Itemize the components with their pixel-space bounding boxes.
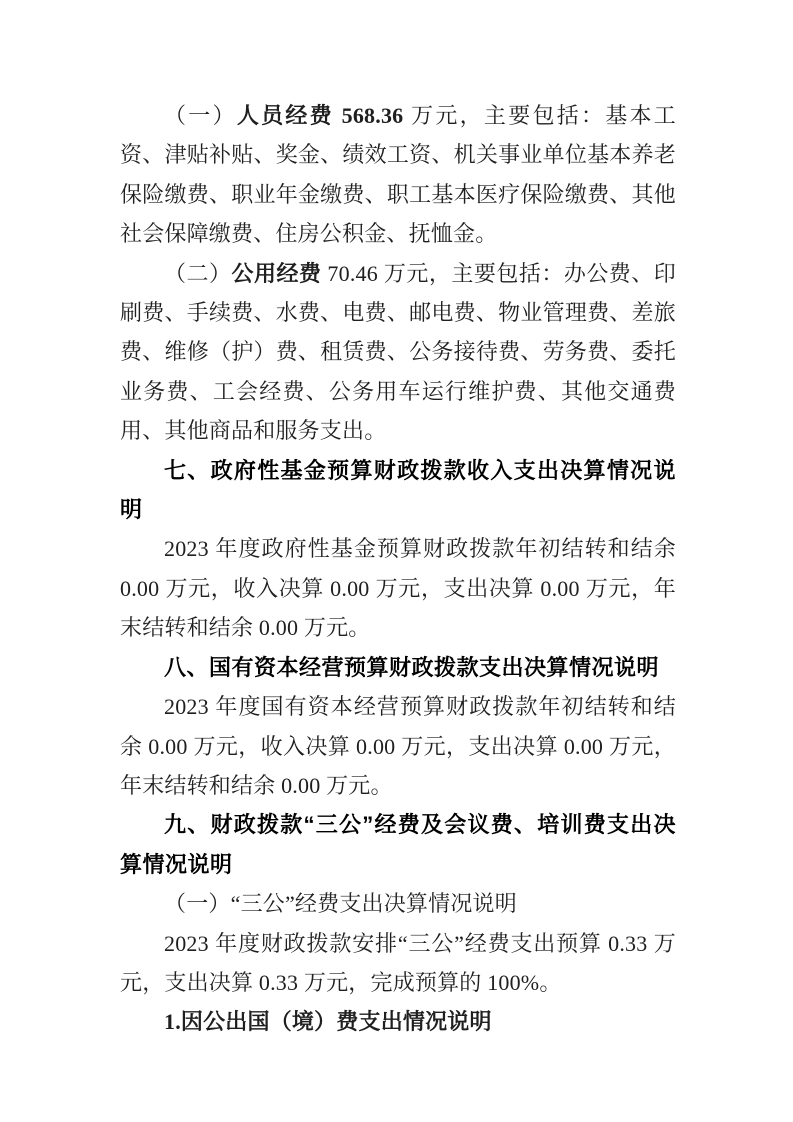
heading-section-eight: 八、国有资本经营预算财政拨款支出决算情况说明 — [120, 648, 676, 687]
para-sangong-detail: 2023 年度财政拨款安排“三公”经费支出预算 0.33 万元，支出决算 0.3… — [120, 924, 676, 1003]
para-sangong-subheading: （一）“三公”经费支出决算情况说明 — [120, 884, 676, 923]
para-public-expense: （二）公用经费 70.46 万元，主要包括：办公费、印刷费、手续费、水费、电费、… — [120, 254, 676, 451]
document-content: （一）人员经费 568.36 万元，主要包括：基本工资、津贴补贴、奖金、绩效工资… — [120, 96, 676, 1042]
text-run: 2023 年度财政拨款安排“三公”经费支出预算 0.33 万元，支出决算 0.3… — [120, 931, 676, 995]
heading-section-nine: 九、财政拨款“三公”经费及会议费、培训费支出决算情况说明 — [120, 805, 676, 884]
document-page: （一）人员经费 568.36 万元，主要包括：基本工资、津贴补贴、奖金、绩效工资… — [0, 0, 793, 1122]
text-run: 70.46 万元，主要包括：办公费、印刷费、手续费、水费、电费、邮电费、物业管理… — [120, 261, 676, 444]
text-run: （一）“三公”经费支出决算情况说明 — [164, 891, 517, 916]
heading-section-seven: 七、政府性基金预算财政拨款收入支出决算情况说明 — [120, 451, 676, 530]
text-run: 2023 年度政府性基金预算财政拨款年初结转和结余 0.00 万元，收入决算 0… — [120, 536, 682, 640]
para-abroad-subheading: 1.因公出国（境）费支出情况说明 — [120, 1002, 676, 1041]
text-run: 七、政府性基金预算财政拨款收入支出决算情况说明 — [120, 458, 676, 522]
text-run: 九、财政拨款“三公”经费及会议费、培训费支出决算情况说明 — [120, 812, 676, 876]
text-run: 八、国有资本经营预算财政拨款支出决算情况说明 — [164, 655, 659, 680]
text-run: （二） — [164, 261, 231, 286]
text-run: 1.因公出国（境）费支出情况说明 — [164, 1009, 492, 1034]
text-run: （一） — [164, 103, 237, 128]
text-run: 人员经费 568.36 — [237, 103, 404, 128]
para-section-eight-detail: 2023 年度国有资本经营预算财政拨款年初结转和结余 0.00 万元，收入决算 … — [120, 687, 676, 805]
para-section-seven-detail: 2023 年度政府性基金预算财政拨款年初结转和结余 0.00 万元，收入决算 0… — [120, 529, 676, 647]
text-run: 2023 年度国有资本经营预算财政拨款年初结转和结余 0.00 万元，收入决算 … — [120, 694, 676, 798]
para-personnel-expense: （一）人员经费 568.36 万元，主要包括：基本工资、津贴补贴、奖金、绩效工资… — [120, 96, 676, 254]
text-run: 公用经费 — [231, 261, 321, 286]
